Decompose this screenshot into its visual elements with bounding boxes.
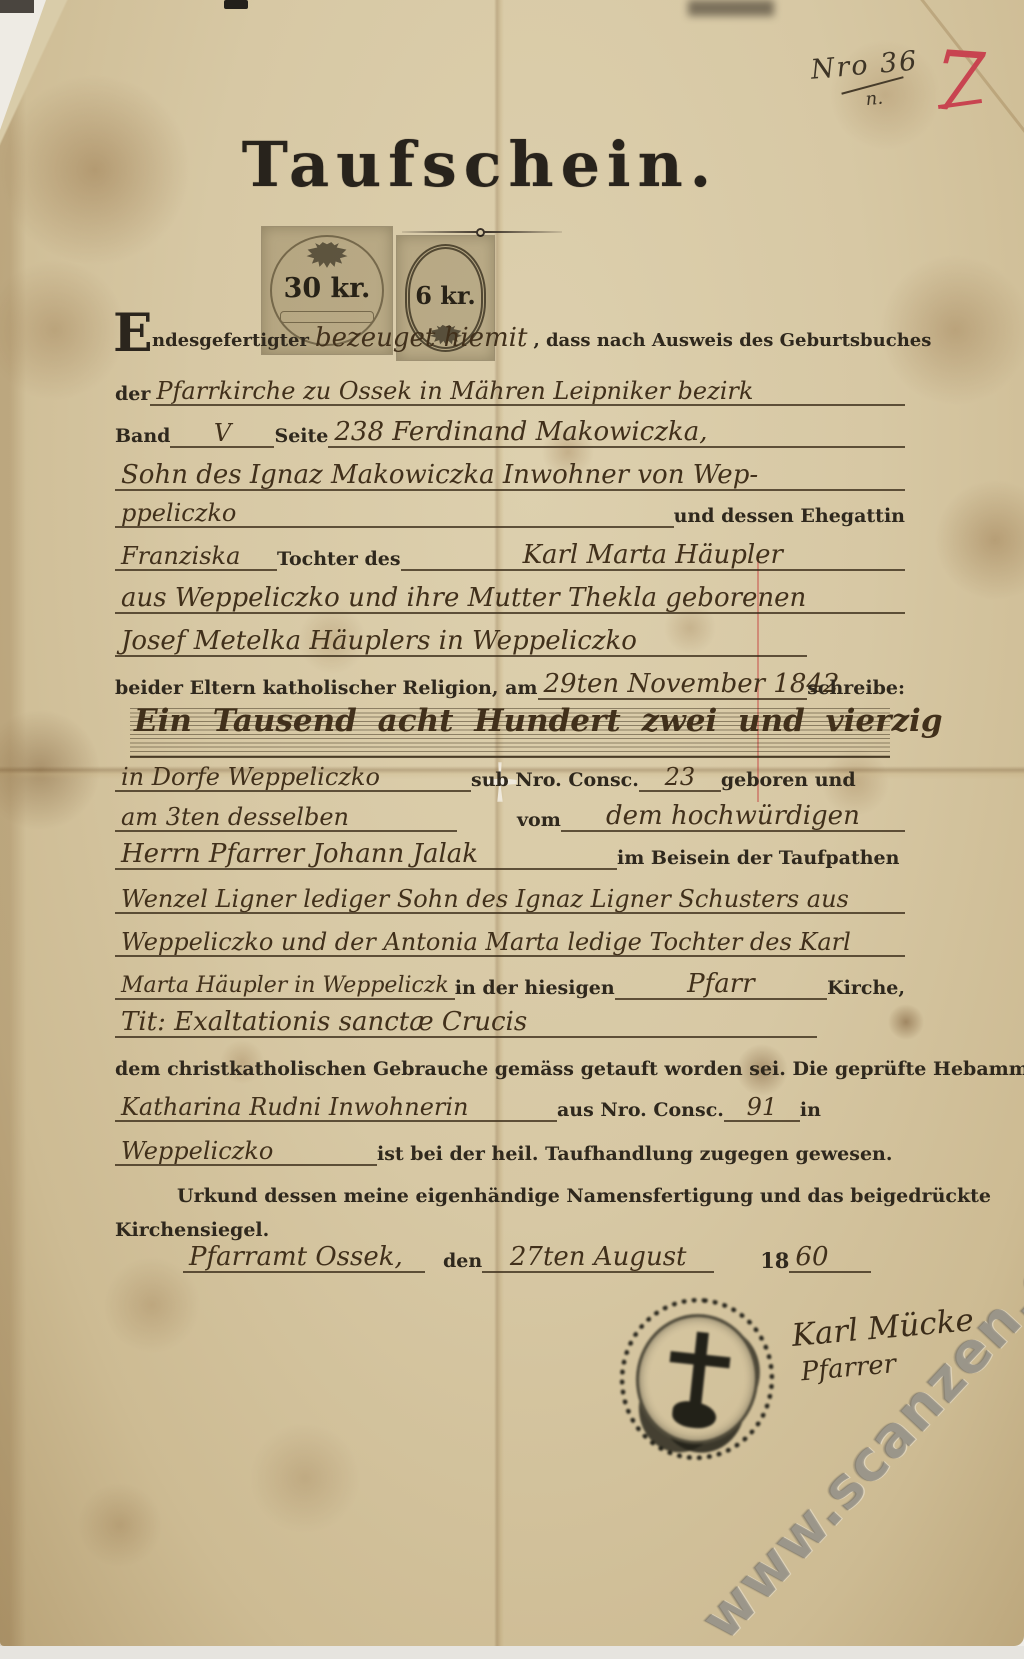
scan-background-strip <box>0 1646 1024 1659</box>
stamp-ribbon <box>280 311 374 323</box>
printed-text: Urkund dessen meine eigenhändige Namensf… <box>177 1186 991 1208</box>
handwritten-text: Pfarrkirche zu Ossek in Mähren Leipniker… <box>150 379 905 406</box>
handwritten-text: dem hochwürdigen <box>561 803 905 832</box>
handwritten-text: am 3ten desselben <box>115 805 457 832</box>
printed-text: schreibe: <box>807 678 905 700</box>
text-line-15: Weppeliczko und der Antonia Marta ledige… <box>115 927 905 957</box>
handwritten-text: in Dorfe Weppeliczko <box>115 765 447 792</box>
handwritten-text: Marta Häupler in Weppeliczk <box>115 975 455 1000</box>
handwritten-text: Pfarr <box>615 971 828 1000</box>
printed-text: und dessen Ehegattin <box>674 506 905 528</box>
printed-text: in <box>800 1100 821 1122</box>
text-line-2: der Pfarrkirche zu Ossek in Mähren Leipn… <box>115 376 905 406</box>
handwritten-text: bezeuget hiemit <box>309 325 533 352</box>
handwritten-text: Weppeliczko und der Antonia Marta ledige… <box>115 930 905 957</box>
text-line-13: Herrn Pfarrer Johann Jalak im Beisein de… <box>115 840 905 870</box>
handwritten-text: Sohn des Ignaz Makowiczka Inwohner von W… <box>115 462 905 491</box>
printed-text: im Beisein der Taufpathen <box>617 848 899 870</box>
printed-text: ist bei der heil. Taufhandlung zugegen g… <box>377 1144 892 1166</box>
handwritten-text: Weppeliczko <box>115 1139 337 1166</box>
ruled-year-block: Ein Tausend acht Hundert zwei und vierzi… <box>130 708 890 758</box>
red-number: 7 <box>929 40 987 125</box>
underline-filler <box>687 655 807 657</box>
underline-filler <box>337 1164 377 1166</box>
printed-year-prefix: 18 <box>760 1249 789 1273</box>
printed-text: geboren und <box>721 770 856 792</box>
printed-text: Kirche, <box>827 978 905 1000</box>
handwritten-text: Franziska <box>115 544 277 571</box>
handwritten-text: ppeliczko <box>115 501 242 528</box>
text-line-8: Josef Metelka Häuplers in Weppeliczko <box>115 627 905 657</box>
text-line-5: ppeliczko und dessen Ehegattin <box>115 498 905 528</box>
printed-text: sub Nro. Consc. <box>471 770 639 792</box>
printed-text: Band <box>115 426 170 448</box>
text-line-9: beider Eltern katholischer Religion, am … <box>115 670 905 700</box>
text-line-1: ndesgefertigter bezeuget hiemit , dass n… <box>152 322 905 352</box>
text-line-14: Wenzel Ligner lediger Sohn des Ignaz Lig… <box>115 884 905 914</box>
handwritten-text: 29ten November 1842 <box>538 671 808 700</box>
printed-text: in der hiesigen <box>455 978 615 1000</box>
handwritten-text: V <box>170 421 274 448</box>
text-line-6: Franziska Tochter des Karl Marta Häupler <box>115 541 905 571</box>
underline-filler <box>242 526 673 528</box>
printed-text: vom <box>517 810 561 832</box>
text-line-12: am 3ten desselben vom dem hochwürdigen <box>115 802 905 832</box>
text-line-7: aus Weppeliczko und ihre Mutter Thekla g… <box>115 584 905 614</box>
handwritten-year-words: Ein Tausend acht Hundert zwei und vierzi… <box>134 706 894 737</box>
text-line-16: Marta Häupler in Weppeliczk in der hiesi… <box>115 970 905 1000</box>
date-line: Pfarramt Ossek, den 27ten August 18 60 <box>115 1243 905 1273</box>
handwritten-text: Wenzel Ligner lediger Sohn des Ignaz Lig… <box>115 887 905 914</box>
handwritten-text: Karl Marta Häupler <box>401 542 905 571</box>
text-line-3: Band V Seite 238 Ferdinand Makowiczka, <box>115 418 905 448</box>
text-line-18: dem christkatholischen Gebrauche gemäss … <box>115 1051 905 1081</box>
text-line-17: Tit: Exaltationis sanctæ Crucis <box>115 1008 905 1038</box>
handwritten-text: Tit: Exaltationis sanctæ Crucis <box>115 1009 687 1038</box>
text-line-22: Kirchensiegel. <box>115 1212 905 1242</box>
printed-text: dem christkatholischen Gebrauche gemäss … <box>115 1059 1024 1081</box>
text-line-21: Urkund dessen meine eigenhändige Namensf… <box>115 1178 905 1208</box>
document-title: Taufschein. <box>0 128 1024 201</box>
scanned-baptism-certificate: Nro 36 n. 7 Taufschein. 30 kr. 6 kr. E n… <box>0 0 1024 1659</box>
handwritten-text: 23 <box>639 765 721 792</box>
printed-text: ndesgefertigter <box>152 331 309 352</box>
printed-text: Tochter des <box>277 549 401 571</box>
handwritten-text: Josef Metelka Häuplers in Weppeliczko <box>115 628 687 657</box>
double-eagle-icon <box>305 241 349 273</box>
underline-filler <box>447 790 471 792</box>
printed-text: aus Nro. Consc. <box>557 1100 724 1122</box>
handwritten-text: Herrn Pfarrer Johann Jalak <box>115 841 617 870</box>
text-line-4: Sohn des Ignaz Makowiczka Inwohner von W… <box>115 461 905 491</box>
printed-text: beider Eltern katholischer Religion, am <box>115 678 538 700</box>
printed-text: den <box>443 1251 482 1273</box>
printed-text: Kirchensiegel. <box>115 1220 269 1242</box>
dropcap-initial: E <box>113 312 153 356</box>
stamp-value: 6 kr. <box>397 281 494 310</box>
handwritten-text: Katharina Rudni Inwohnerin <box>115 1095 557 1122</box>
text-line-20: Weppeliczko ist bei der heil. Taufhandlu… <box>115 1136 905 1166</box>
ornamental-divider <box>402 228 562 236</box>
handwritten-place: Pfarramt Ossek, <box>183 1244 425 1273</box>
text-line-19: Katharina Rudni Inwohnerin aus Nro. Cons… <box>115 1092 905 1122</box>
handwritten-year: 60 <box>789 1244 871 1273</box>
printed-text: , dass nach Ausweis des Geburtsbuches <box>533 331 931 352</box>
handwritten-text: 91 <box>724 1095 800 1122</box>
underline-filler <box>687 1036 817 1038</box>
printed-text: der <box>115 384 150 406</box>
church-seal <box>612 1290 782 1467</box>
stamp-value: 30 kr. <box>262 273 392 304</box>
text-line-11: in Dorfe Weppeliczko sub Nro. Consc. 23 … <box>115 762 905 792</box>
edge-ink-mark <box>224 0 248 9</box>
handwritten-date: 27ten August <box>482 1244 714 1273</box>
edge-shadow <box>688 0 774 16</box>
printed-text: Seite <box>274 426 328 448</box>
handwritten-text: aus Weppeliczko und ihre Mutter Thekla g… <box>115 585 905 614</box>
handwritten-text: 238 Ferdinand Makowiczka, <box>328 419 905 448</box>
edge-ink-mark <box>0 0 34 13</box>
file-number-annotation: Nro 36 n. <box>810 45 923 114</box>
